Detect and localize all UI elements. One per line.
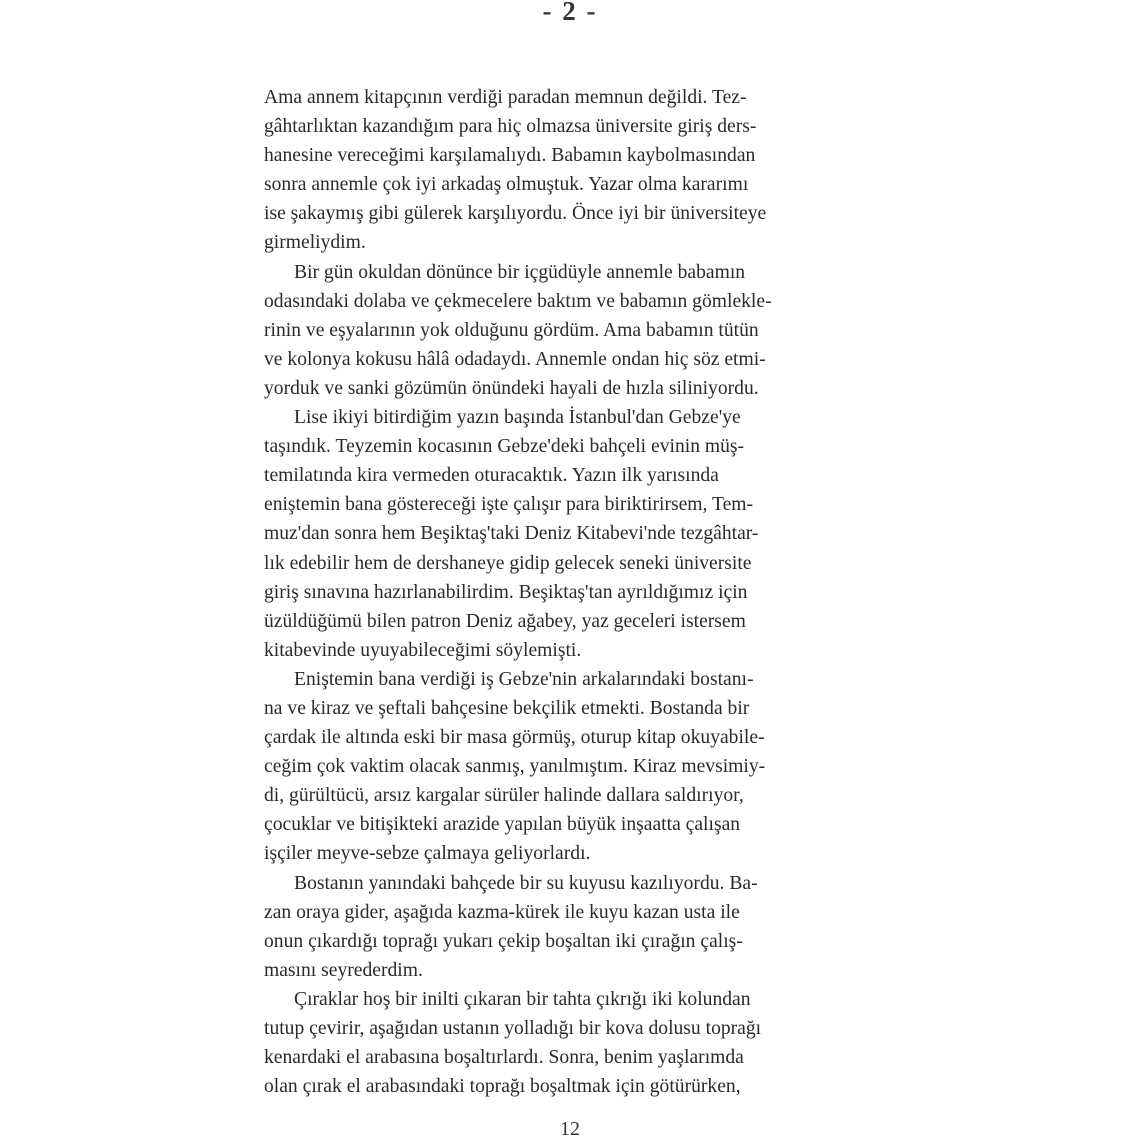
text-line: Bir gün okuldan dönünce bir içgüdüyle an… bbox=[264, 258, 880, 287]
text-line: rinin ve eşyalarının yok olduğunu gördüm… bbox=[264, 316, 880, 345]
text-line: lık edebilir hem de dershaneye gidip gel… bbox=[264, 549, 880, 578]
text-line: zan oraya gider, aşağıda kazma-kürek ile… bbox=[264, 898, 880, 927]
text-line: kenardaki el arabasına boşaltırlardı. So… bbox=[264, 1043, 880, 1072]
text-line: odasındaki dolaba ve çekmecelere baktım … bbox=[264, 287, 880, 316]
body-text: Ama annem kitapçının verdiği paradan mem… bbox=[264, 83, 880, 1101]
text-line: ise şakaymış gibi gülerek karşılıyordu. … bbox=[264, 199, 880, 228]
text-line: sonra annemle çok iyi arkadaş olmuştuk. … bbox=[264, 170, 880, 199]
text-line: gâhtarlıktan kazandığım para hiç olmazsa… bbox=[264, 112, 880, 141]
text-line: tutup çevirir, aşağıdan ustanın yolladığ… bbox=[264, 1014, 880, 1043]
text-line: Çıraklar hoş bir inilti çıkaran bir taht… bbox=[264, 985, 880, 1014]
text-line: eniştemin bana göstereceği işte çalışır … bbox=[264, 490, 880, 519]
text-line: na ve kiraz ve şeftali bahçesine bekçili… bbox=[264, 694, 880, 723]
text-line: Ama annem kitapçının verdiği paradan mem… bbox=[264, 83, 880, 112]
text-line: üzüldüğümü bilen patron Deniz ağabey, ya… bbox=[264, 607, 880, 636]
text-line: olan çırak el arabasındaki toprağı boşal… bbox=[264, 1072, 880, 1101]
text-line: kitabevinde uyuyabileceğimi söylemişti. bbox=[264, 636, 880, 665]
text-line: girmeliydim. bbox=[264, 228, 880, 257]
text-line: işçiler meyve-sebze çalmaya geliyorlardı… bbox=[264, 839, 880, 868]
text-line: giriş sınavına hazırlanabilirdim. Beşikt… bbox=[264, 578, 880, 607]
text-line: Lise ikiyi bitirdiğim yazın başında İsta… bbox=[264, 403, 880, 432]
text-line: ve kolonya kokusu hâlâ odadaydı. Annemle… bbox=[264, 345, 880, 374]
text-line: muz'dan sonra hem Beşiktaş'taki Deniz Ki… bbox=[264, 519, 880, 548]
text-line: çocuklar ve bitişikteki arazide yapılan … bbox=[264, 810, 880, 839]
text-line: yorduk ve sanki gözümün önündeki hayali … bbox=[264, 374, 880, 403]
text-line: hanesine vereceğimi karşılamalıydı. Baba… bbox=[264, 141, 880, 170]
chapter-heading: - 2 - bbox=[0, 0, 1140, 27]
text-line: ceğim çok vaktim olacak sanmış, yanılmış… bbox=[264, 752, 880, 781]
text-line: masını seyrederdim. bbox=[264, 956, 880, 985]
text-line: Eniştemin bana verdiği iş Gebze'nin arka… bbox=[264, 665, 880, 694]
text-line: çardak ile altında eski bir masa görmüş,… bbox=[264, 723, 880, 752]
text-line: Bostanın yanındaki bahçede bir su kuyusu… bbox=[264, 869, 880, 898]
text-line: temilatında kira vermeden oturacaktık. Y… bbox=[264, 461, 880, 490]
page-number: 12 bbox=[0, 1118, 1140, 1140]
text-line: taşındık. Teyzemin kocasının Gebze'deki … bbox=[264, 432, 880, 461]
text-line: di, gürültücü, arsız kargalar sürüler ha… bbox=[264, 781, 880, 810]
text-line: onun çıkardığı toprağı yukarı çekip boşa… bbox=[264, 927, 880, 956]
